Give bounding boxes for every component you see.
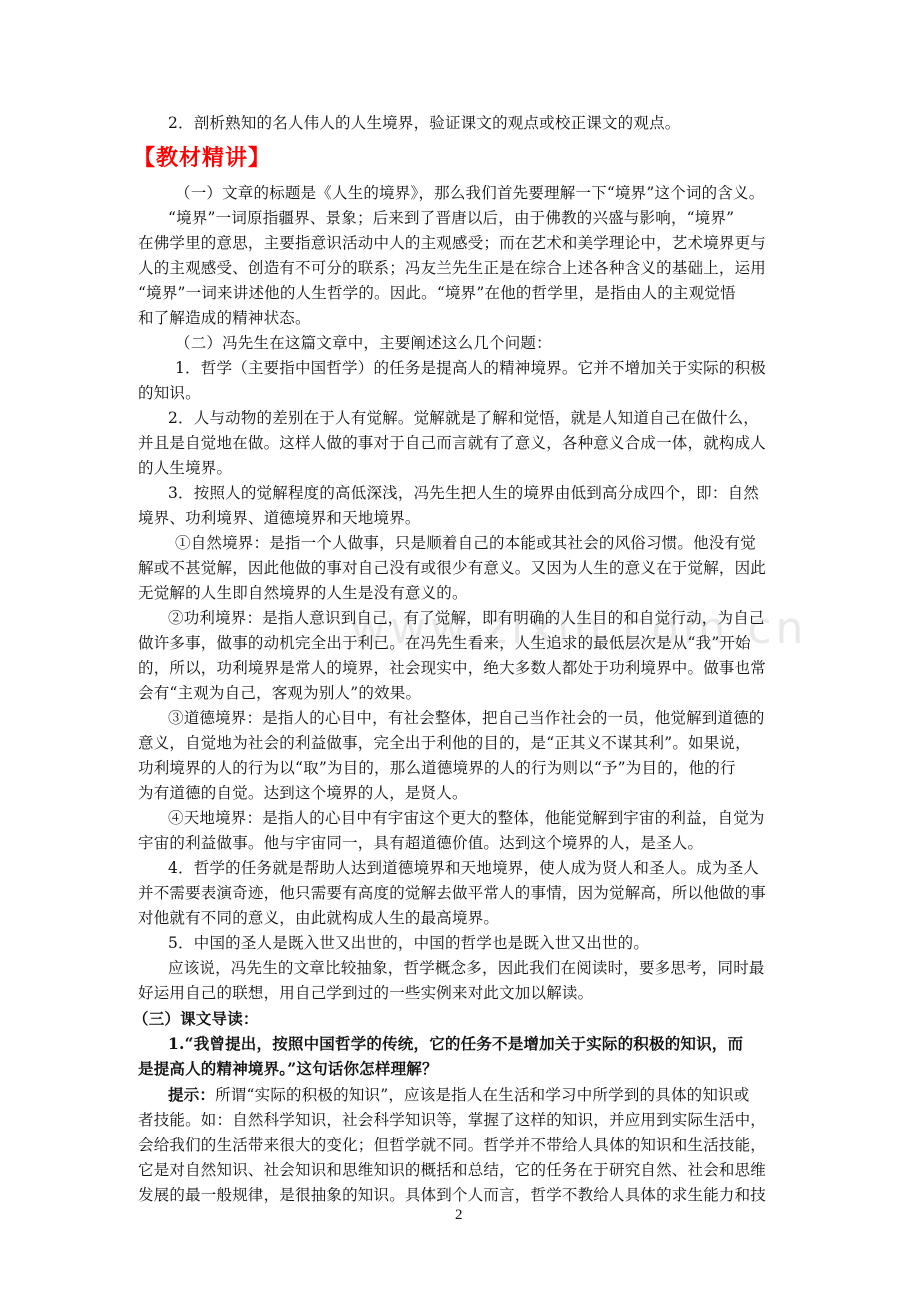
hint-line: 会给我们的生活带来很大的变化；但哲学就不同。哲学并不带给人具体的知识和生活技能， <box>138 1134 810 1156</box>
paragraph-line: （一）文章的标题是《人生的境界》，那么我们首先要理解一下“境界”这个词的含义。 <box>175 182 847 204</box>
hint-text: 所谓“实际的积极的知识”，应该是指人在生活和学习中所学到的具体的知识或 <box>215 1086 749 1104</box>
paragraph-line: ①自然境界：是指一个人做事，只是顺着自己的本能或其社会的风俗习惯。他没有觉 <box>175 532 847 554</box>
paragraph-line: ④天地境界：是指人的心目中有宇宙这个更大的整体，他能觉解到宇宙的利益，自觉为 <box>168 807 840 829</box>
hint-label: 提示： <box>168 1085 215 1104</box>
paragraph-line: “境界”一词原指疆界、景象；后来到了晋唐以后，由于佛教的兴盛与影响，“境界” <box>168 207 840 229</box>
paragraph-line: ③道德境界：是指人的心目中，有社会整体，把自己当作社会的一员，他觉解到道德的 <box>168 707 840 729</box>
paragraph-line: “境界”一词来讲述他的人生哲学的。因此。“境界”在他的哲学里，是指由人的主观觉悟 <box>138 282 810 304</box>
paragraph-line: 和了解造成的精神状态。 <box>138 307 810 329</box>
paragraph-line: 解或不甚觉解，因此他做的事对自己没有或很少有意义。又因为人生的意义在于觉解，因此 <box>138 557 810 579</box>
guide-heading: （三）课文导读： <box>133 1008 805 1030</box>
paragraph-line: 无觉解的人生即自然境界的人生是没有意义的。 <box>138 582 810 604</box>
hint-line: 它是对自然知识、社会知识和思维知识的概括和总结，它的任务在于研究自然、社会和思维 <box>138 1159 810 1181</box>
question-line: 是提高人的精神境界。”这句话你怎样理解？ <box>138 1058 810 1080</box>
paragraph-line: （二）冯先生在这篇文章中，主要阐述这么几个问题： <box>175 332 847 354</box>
paragraph-line: 宇宙的利益做事。他与宇宙同一，具有超道德价值。达到这个境界的人，是圣人。 <box>138 832 810 854</box>
paragraph-line: 的知识。 <box>138 382 810 404</box>
paragraph-line: 3．按照人的觉解程度的高低深浅，冯先生把人生的境界由低到高分成四个，即：自然 <box>168 482 840 504</box>
paragraph-line: 的，所以，功利境界是常人的境界，社会现实中，绝大多数人都处于功利境界中。做事也常 <box>138 657 810 679</box>
paragraph-line: 人的主观感受、创造有不可分的联系；冯友兰先生正是在综合上述各种含义的基础上，运用 <box>138 257 810 279</box>
paragraph-line: 应该说，冯先生的文章比较抽象，哲学概念多，因此我们在阅读时，要多思考，同时最 <box>168 957 840 979</box>
paragraph-line: 境界、功利境界、道德境界和天地境界。 <box>138 507 810 529</box>
paragraph-line: 并且是自觉地在做。这样人做的事对于自己而言就有了意义，各种意义合成一体，就构成人 <box>138 432 810 454</box>
section-heading: 【教材精讲】 <box>133 144 271 174</box>
paragraph-line: 5．中国的圣人是既入世又出世的，中国的哲学也是既入世又出世的。 <box>168 932 840 954</box>
question-line: 1.“我曾提出，按照中国哲学的传统，它的任务不是增加关于实际的积极的知识，而 <box>168 1033 840 1055</box>
paragraph-line: 做许多事，做事的动机完全出于利己。在冯先生看来，人生追求的最低层次是从“我”开始 <box>138 632 810 654</box>
paragraph-line: 2．人与动物的差别在于人有觉解。觉解就是了解和觉悟，就是人知道自己在做什么， <box>168 407 840 429</box>
hint-line: 发展的最一般规律，是很抽象的知识。具体到个人而言，哲学不教给人具体的求生能力和技 <box>138 1184 810 1206</box>
paragraph-line: 为有道德的自觉。达到这个境界的人，是贤人。 <box>138 782 810 804</box>
paragraph-line: 意义，自觉地为社会的利益做事，完全出于利他的目的，是“正其义不谋其利”。如果说， <box>138 732 810 754</box>
paragraph-line: 在佛学里的意思，主要指意识活动中人的主观感受；而在艺术和美学理论中，艺术境界更与 <box>138 232 810 254</box>
hint-line: 者技能。如：自然科学知识，社会科学知识等，掌握了这样的知识，并应用到实际生活中， <box>138 1109 810 1131</box>
paragraph-line: 并不需要表演奇迹，他只需要有高度的觉解去做平常人的事情，因为觉解高，所以他做的事 <box>138 882 810 904</box>
intro-item: 2．剖析熟知的名人伟人的人生境界，验证课文的观点或校正课文的观点。 <box>168 112 840 134</box>
paragraph-line: 4．哲学的任务就是帮助人达到道德境界和天地境界，使人成为贤人和圣人。成为圣人 <box>168 857 840 879</box>
paragraph-line: 功利境界的人的行为以“取”为目的，那么道德境界的人的行为则以“予”为目的，他的行 <box>138 757 810 779</box>
hint-line: 提示：所谓“实际的积极的知识”，应该是指人在生活和学习中所学到的具体的知识或 <box>168 1084 840 1106</box>
paragraph-line: 1．哲学（主要指中国哲学）的任务是提高人的精神境界。它并不增加关于实际的积极 <box>175 357 847 379</box>
paragraph-line: 好运用自己的联想，用自己学到过的一些实例来对此文加以解读。 <box>138 982 810 1004</box>
page-number: 2 <box>455 1207 463 1224</box>
paragraph-line: ②功利境界：是指人意识到自己，有了觉解，即有明确的人生目的和自觉行动，为自己 <box>168 607 840 629</box>
document-page: www.zixin.com.cn 2．剖析熟知的名人伟人的人生境界，验证课文的观… <box>0 0 920 1302</box>
paragraph-line: 的人生境界。 <box>138 457 810 479</box>
paragraph-line: 会有“主观为自己，客观为别人”的效果。 <box>138 682 810 704</box>
paragraph-line: 对他就有不同的意义，由此就构成人生的最高境界。 <box>138 907 810 929</box>
